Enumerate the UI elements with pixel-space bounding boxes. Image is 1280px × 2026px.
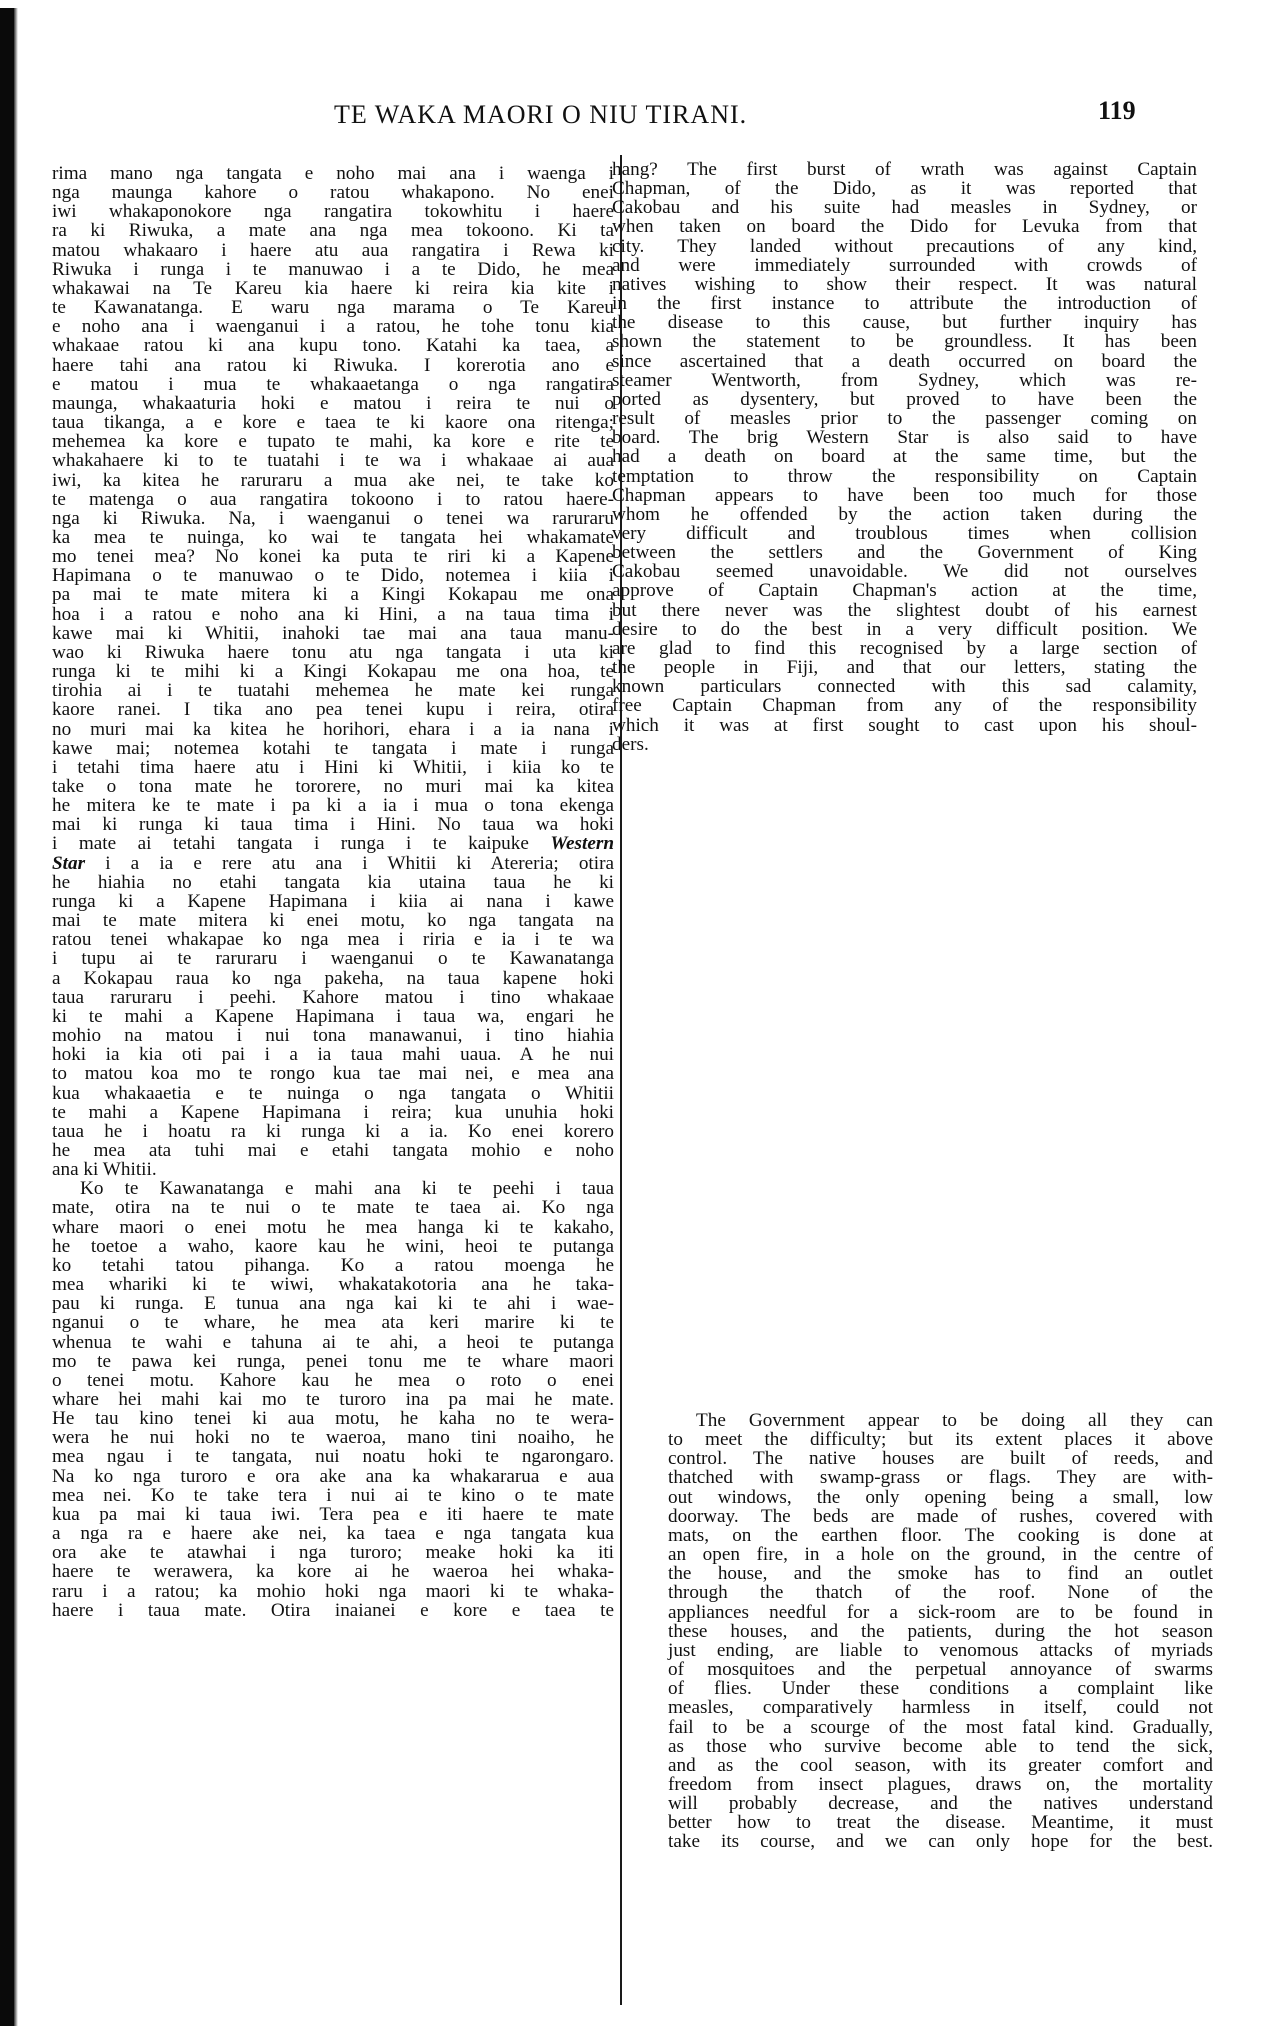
text-line: ora ake te atawhai i nga turoro; meake h…	[52, 1543, 614, 1562]
text-line: Hapimana o te manuwao o te Dido, notemea…	[52, 566, 614, 585]
text-line: tirohia ai i te tuatahi mehemea he mate …	[52, 681, 614, 700]
text-line: of mosquitoes and the perpetual annoyanc…	[668, 1660, 1213, 1679]
text-line: through the thatch of the roof. None of …	[668, 1583, 1213, 1602]
text-line: i tetahi tima haere atu i Hini ki Whitii…	[52, 758, 614, 777]
text-line: kua whakaaetia e te nuinga o nga tangata…	[52, 1084, 614, 1103]
text-line: e matou i mua te whakaaetanga o nga rang…	[52, 375, 614, 394]
text-line: wao ki Riwuka haere tonu atu nga tangata…	[52, 643, 614, 662]
text-line: will probably decrease, and the natives …	[668, 1794, 1213, 1813]
text-line: ki te mahi a Kapene Hapimana i taua wa, …	[52, 1007, 614, 1026]
text-line: taua he i hoatu ra ki runga ki a ia. Ko …	[52, 1122, 614, 1141]
text-line: runga ki a Kapene Hapimana i kiia ai nan…	[52, 892, 614, 911]
page-header: TE WAKA MAORI O NIU TIRANI. 119	[0, 100, 1280, 140]
text-line: to matou koa mo te rongo kua tae mai nei…	[52, 1064, 614, 1083]
english-paragraph-2: The Government appear to be doing all th…	[668, 1411, 1213, 1852]
text-line: since ascertained that a death occurred …	[612, 352, 1197, 371]
text-fragment: i mate ai tetahi tangata i runga i te ka…	[52, 833, 529, 854]
text-line: haere i taua mate. Otira inaianei e kore…	[52, 1601, 614, 1620]
text-line: shown the statement to be groundless. It…	[612, 332, 1197, 351]
ship-name-italic: Western	[550, 833, 614, 854]
text-line: temptation to throw the responsibility o…	[612, 467, 1197, 486]
running-title: TE WAKA MAORI O NIU TIRANI.	[334, 100, 747, 130]
text-line: hoa i a ratou e noho ana ki Hini, a na t…	[52, 605, 614, 624]
text-line: ratou tenei whakapae ko nga mea i riria …	[52, 930, 614, 949]
text-line: raru i a ratou; ka mohio hoki nga maori …	[52, 1582, 614, 1601]
text-line: a nga ra e haere ake nei, ka taea e nga …	[52, 1524, 614, 1543]
right-column-english-text-bottom: The Government appear to be doing all th…	[668, 1411, 1213, 1852]
text-line: natives wishing to show their respect. I…	[612, 275, 1197, 294]
text-line: he hiahia no etahi tangata kia utaina ta…	[52, 873, 614, 892]
text-line: Cakobau seemed unavoidable. We did not o…	[612, 562, 1197, 581]
text-line: ders.	[612, 735, 1197, 754]
english-paragraph-1: hang? The first burst of wrath was again…	[612, 160, 1197, 754]
text-line: whare hei mahi kai mo te turoro ina pa m…	[52, 1390, 614, 1409]
text-line: whakaae ratou ki ana kupu tono. Katahi k…	[52, 336, 614, 355]
text-line: a Kokapau raua ko nga pakeha, na taua ka…	[52, 969, 614, 988]
text-line: free Captain Chapman from any of the res…	[612, 696, 1197, 715]
text-line: to meet the difficulty; but its extent p…	[668, 1430, 1213, 1449]
text-line: Chapman, of the Dido, as it was reported…	[612, 179, 1197, 198]
text-line: kawe mai; notemea kotahi te tangata i ma…	[52, 739, 614, 758]
text-line: Chapman appears to have been too much fo…	[612, 486, 1197, 505]
text-line: better how to treat the disease. Meantim…	[668, 1813, 1213, 1832]
text-line: the house, and the smoke has to find an …	[668, 1564, 1213, 1583]
text-line: ra ki Riwuka, a mate ana nga mea tokoono…	[52, 221, 614, 240]
text-line: which it was at first sought to cast upo…	[612, 716, 1197, 735]
text-line: ko tetahi tatou pihanga. Ko a ratou moen…	[52, 1256, 614, 1275]
text-line: runga ki te mihi ki a Kingi Kokapau me o…	[52, 662, 614, 681]
text-line: i tupu ai te raruraru i waenganui o te K…	[52, 949, 614, 968]
text-line: doorway. The beds are made of rushes, co…	[668, 1507, 1213, 1526]
text-line: between the settlers and the Government …	[612, 543, 1197, 562]
text-line: mate, otira na te nui o te mate te taea …	[52, 1198, 614, 1217]
text-line: when taken on board the Dido for Levuka …	[612, 217, 1197, 236]
text-line: whakahaere ki to te tuatahi i te wa i wh…	[52, 451, 614, 470]
text-line: mats, on the earthen floor. The cooking …	[668, 1526, 1213, 1545]
text-line: kaore ranei. I tika ano pea tenei kupu i…	[52, 700, 614, 719]
text-line: he toetoe a waho, kaore kau he wini, heo…	[52, 1237, 614, 1256]
text-line: hang? The first burst of wrath was again…	[612, 160, 1197, 179]
text-line: steamer Wentworth, from Sydney, which wa…	[612, 371, 1197, 390]
text-line: whom he offended by the action taken dur…	[612, 505, 1197, 524]
text-line: freedom from insect plagues, draws on, t…	[668, 1775, 1213, 1794]
text-line: out windows, the only opening being a sm…	[668, 1488, 1213, 1507]
text-line: fail to be a scourge of the most fatal k…	[668, 1718, 1213, 1737]
text-line: these houses, and the patients, during t…	[668, 1622, 1213, 1641]
text-line: but there never was the slightest doubt …	[612, 601, 1197, 620]
text-line: taua raruraru i peehi. Kahore matou i ti…	[52, 988, 614, 1007]
text-line: control. The native houses are built of …	[668, 1449, 1213, 1468]
text-line: maunga, whakaaturia hoki e matou i reira…	[52, 394, 614, 413]
text-line: very difficult and troublous times when …	[612, 524, 1197, 543]
text-line: had a death on board at the same time, b…	[612, 447, 1197, 466]
text-line: mo te pawa kei runga, penei tonu me te w…	[52, 1352, 614, 1371]
text-line: the disease to this cause, but further i…	[612, 313, 1197, 332]
text-line: haere tahi ana ratou ki Riwuka. I korero…	[52, 356, 614, 375]
text-line: city. They landed without precautions of…	[612, 237, 1197, 256]
scan-page-edge	[0, 8, 14, 2026]
text-line: mai te mate mitera ki enei motu, ko nga …	[52, 911, 614, 930]
text-line: ka mea te nuinga, ko wai te tangata hei …	[52, 528, 614, 547]
text-line: te mahi a Kapene Hapimana i reira; kua u…	[52, 1103, 614, 1122]
text-line: nga ki Riwuka. Na, i waenganui o tenei w…	[52, 509, 614, 528]
ship-name-italic: Star	[52, 853, 85, 874]
text-line: take o tona mate he tororere, no muri ma…	[52, 777, 614, 796]
text-line: te Kawanatanga. E waru nga marama o Te K…	[52, 298, 614, 317]
text-line: just ending, are liable to venomous atta…	[668, 1641, 1213, 1660]
text-line-with-ship-name: i mate ai tetahi tangata i runga i te ka…	[52, 834, 614, 853]
text-line: iwi whakaponokore nga rangatira tokowhit…	[52, 202, 614, 221]
text-line: as those who survive become able to tend…	[668, 1737, 1213, 1756]
text-line: approve of Captain Chapman's action at t…	[612, 581, 1197, 600]
text-line: result of measles prior to the passenger…	[612, 409, 1197, 428]
text-line: mea ngau i te tangata, nui noatu hoki te…	[52, 1447, 614, 1466]
text-line: of flies. Under these conditions a compl…	[668, 1679, 1213, 1698]
left-column-maori-text: rima mano nga tangata e noho mai ana i w…	[52, 164, 614, 1620]
text-line: wera he nui hoki no te waeroa, mano tini…	[52, 1428, 614, 1447]
text-line: te matenga o aua rangatira tokoono i to …	[52, 490, 614, 509]
text-line: o tenei motu. Kahore kau he mea o roto o…	[52, 1371, 614, 1390]
text-line: ana ki Whitii.	[52, 1160, 614, 1179]
text-line: Riwuka i runga i te manuwao i a te Dido,…	[52, 260, 614, 279]
right-column-english-text-top: hang? The first burst of wrath was again…	[612, 160, 1197, 754]
text-line: nga maunga kahore o ratou whakapono. No …	[52, 183, 614, 202]
text-line: haere te werawera, ka kore ai he waeroa …	[52, 1562, 614, 1581]
text-line: no muri mai ka kitea he horihori, ehara …	[52, 720, 614, 739]
page-number: 119	[1098, 96, 1136, 126]
text-line: whenua te wahi e tahuna ai te ahi, a heo…	[52, 1333, 614, 1352]
text-line: The Government appear to be doing all th…	[668, 1411, 1213, 1430]
text-line: rima mano nga tangata e noho mai ana i w…	[52, 164, 614, 183]
text-line: pa mai te mate mitera ki a Kingi Kokapau…	[52, 585, 614, 604]
text-line: matou whakaaro i haere atu aua rangatira…	[52, 241, 614, 260]
text-line: taua tikanga, a e kore e taea te ki kaor…	[52, 413, 614, 432]
text-line: known particulars connected with this sa…	[612, 677, 1197, 696]
text-line: iwi, ka kitea he raruraru a mua ake nei,…	[52, 471, 614, 490]
text-line: Na ko nga turoro e ora ake ana ka whakar…	[52, 1467, 614, 1486]
text-line: mehemea ka kore e tupato te mahi, ka kor…	[52, 432, 614, 451]
text-line: Cakobau and his suite had measles in Syd…	[612, 198, 1197, 217]
text-line: mohio na matou i nui tona manawanui, i t…	[52, 1026, 614, 1045]
text-line: kawe mai ki Whitii, inahoki tae mai ana …	[52, 624, 614, 643]
text-line: an open fire, in a hole on the ground, i…	[668, 1545, 1213, 1564]
text-line: measles, comparatively harmless in itsel…	[668, 1698, 1213, 1717]
text-line: nganui o te whare, he mea ata keri marir…	[52, 1313, 614, 1332]
text-line: mo tenei mea? No konei ka puta te riri k…	[52, 547, 614, 566]
text-line: in the first instance to attribute the i…	[612, 294, 1197, 313]
text-line: board. The brig Western Star is also sai…	[612, 428, 1197, 447]
text-line: the people in Fiji, and that our letters…	[612, 658, 1197, 677]
text-line: hoki ia kia oti pai i a ia taua mahi uau…	[52, 1045, 614, 1064]
text-line: appliances needful for a sick-room are t…	[668, 1603, 1213, 1622]
text-line: and as the cool season, with its greater…	[668, 1756, 1213, 1775]
text-line: are glad to find this recognised by a la…	[612, 639, 1197, 658]
text-line: take its course, and we can only hope fo…	[668, 1832, 1213, 1851]
maori-paragraph-1: rima mano nga tangata e noho mai ana i w…	[52, 164, 614, 1179]
text-fragment: i a ia e rere atu ana i Whitii ki Aterer…	[105, 853, 614, 874]
text-line: whakawai na Te Kareu kia haere ki reira …	[52, 279, 614, 298]
text-line: pau ki runga. E tunua ana nga kai ki te …	[52, 1294, 614, 1313]
text-line: whare maori o enei motu he mea hanga ki …	[52, 1218, 614, 1237]
text-line: desire to do the best in a very difficul…	[612, 620, 1197, 639]
text-line: Ko te Kawanatanga e mahi ana ki te peehi…	[52, 1179, 614, 1198]
text-line: thatched with swamp-grass or flags. They…	[668, 1468, 1213, 1487]
text-line: He tau kino tenei ki aua motu, he kaha n…	[52, 1409, 614, 1428]
text-line: mea nei. Ko te take tera i nui ai te kin…	[52, 1486, 614, 1505]
text-line: mai ki runga ki taua tima i Hini. No tau…	[52, 815, 614, 834]
maori-paragraph-2: Ko te Kawanatanga e mahi ana ki te peehi…	[52, 1179, 614, 1620]
text-line: he mea ata tuhi mai e etahi tangata mohi…	[52, 1141, 614, 1160]
text-line: ported as dysentery, but proved to have …	[612, 390, 1197, 409]
text-line: e noho ana i waenganui i a ratou, he toh…	[52, 317, 614, 336]
text-line: and were immediately surrounded with cro…	[612, 256, 1197, 275]
text-line-with-ship-name: Star i a ia e rere atu ana i Whitii ki A…	[52, 854, 614, 873]
text-line: kua pa mai ki taua iwi. Tera pea e iti h…	[52, 1505, 614, 1524]
text-line: he mitera ke te mate i pa ki a ia i mua …	[52, 796, 614, 815]
text-line: mea whariki ki te wiwi, whakatakotoria a…	[52, 1275, 614, 1294]
